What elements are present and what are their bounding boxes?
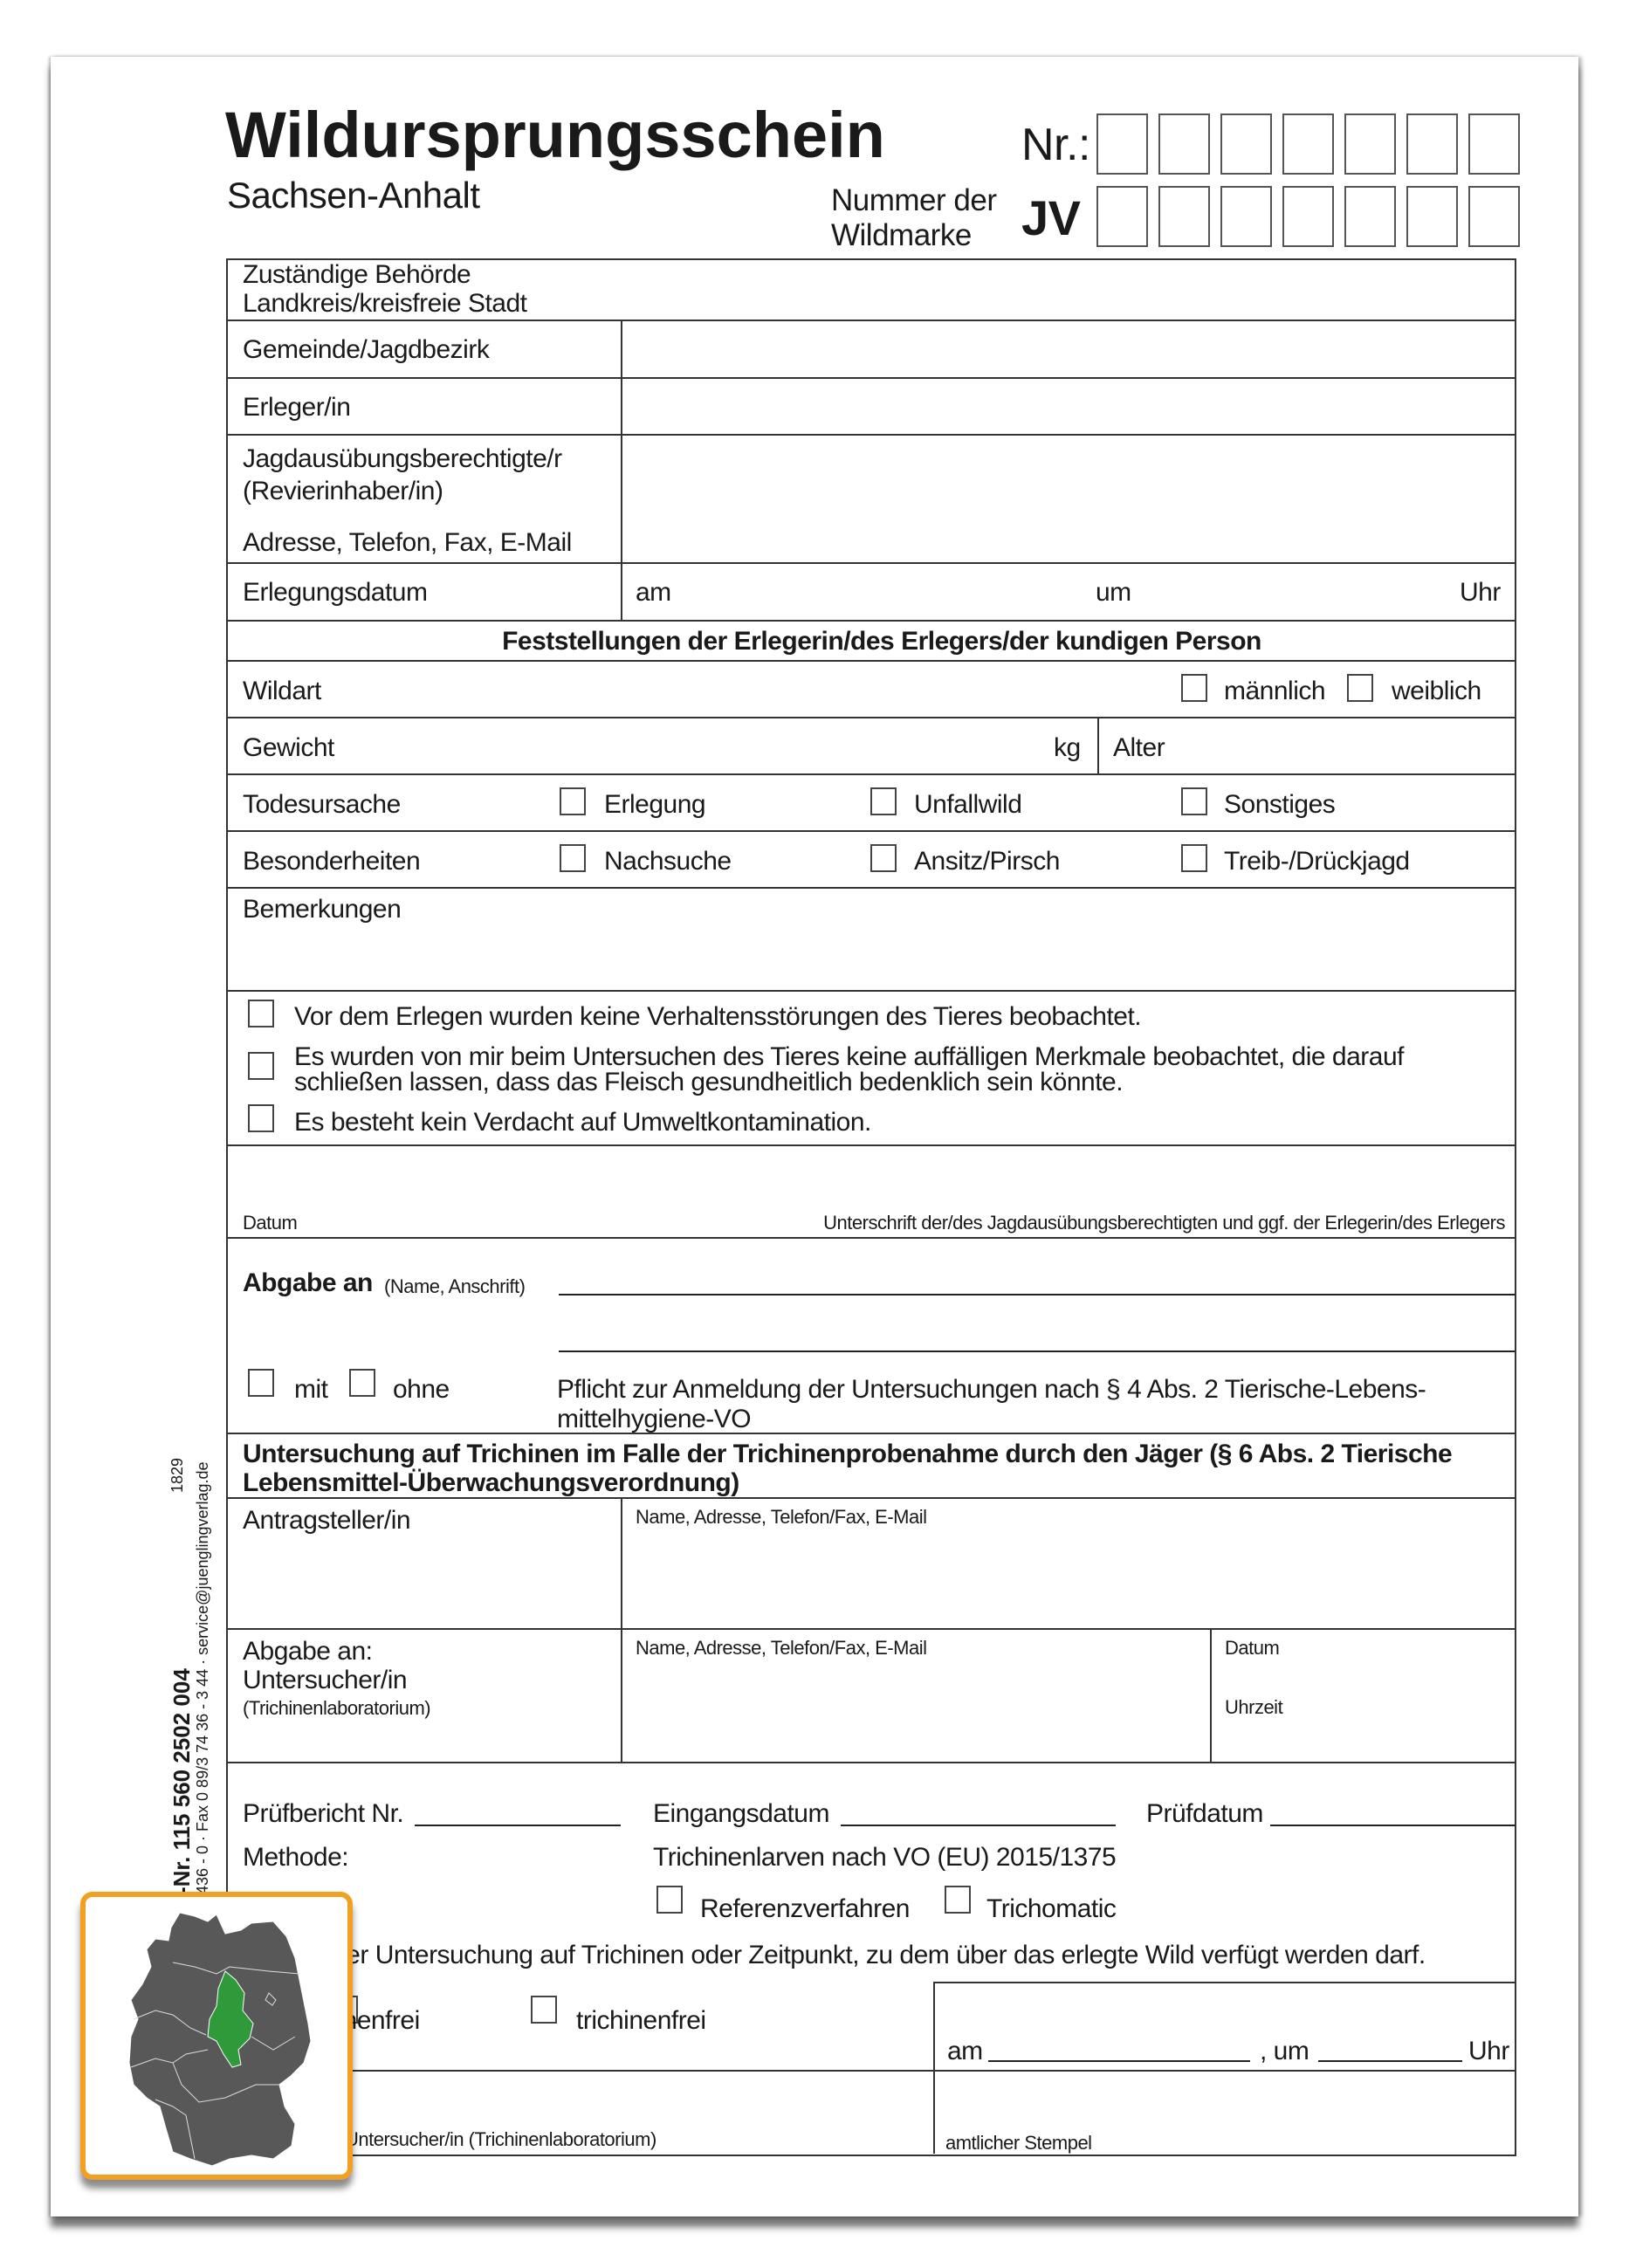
label-freigabe-um: , um <box>1260 2038 1309 2065</box>
divider <box>226 1628 1515 1630</box>
label-ohne: ohne <box>393 1377 450 1403</box>
untersucher-signature-field[interactable] <box>349 2073 930 2126</box>
behoerde-field[interactable] <box>873 262 1502 314</box>
label-mit: mit <box>294 1377 328 1403</box>
unfallwild-checkbox[interactable] <box>870 787 897 815</box>
untersucher-field[interactable] <box>624 1663 1205 1757</box>
label-trichinenfrei: trichinenfrei <box>576 2008 706 2034</box>
wildmarke-label-2: Wildmarke <box>831 220 972 251</box>
nr-digit-box[interactable] <box>1220 113 1272 175</box>
order-number: -Nr. 115 560 2502 004 <box>168 1668 196 1894</box>
divider <box>226 2070 1515 2072</box>
divider <box>226 620 1515 622</box>
jv-digit-box[interactable] <box>1220 186 1272 247</box>
label-erleger: Erleger/in <box>243 395 350 421</box>
label-antragsteller: Antragsteller/in <box>243 1508 410 1534</box>
alter-field[interactable] <box>1187 720 1510 771</box>
declaration-2-line-1: Es wurden von mir beim Untersuchen des T… <box>294 1044 1404 1070</box>
label-uhr: Uhr <box>1460 580 1501 606</box>
jv-digit-box[interactable] <box>1406 186 1458 247</box>
label-um: um <box>1096 580 1131 606</box>
label-antragsteller-hint: Name, Adresse, Telefon/Fax, E-Mail <box>636 1508 927 1527</box>
label-maennlich: männlich <box>1224 678 1325 704</box>
nr-label: Nr.: <box>1021 122 1090 168</box>
pflicht-line-1: Pflicht zur Anmeldung der Untersuchungen… <box>557 1377 1426 1403</box>
label-untersucher-hint: Name, Adresse, Telefon/Fax, E-Mail <box>636 1639 927 1658</box>
label-untersucher-datum: Datum <box>1225 1639 1279 1658</box>
divider <box>226 1237 1515 1239</box>
label-ansitz-pirsch: Ansitz/Pirsch <box>914 849 1060 875</box>
erlegung-checkbox[interactable] <box>560 787 586 815</box>
label-erlegungsdatum: Erlegungsdatum <box>243 580 427 606</box>
label-kg: kg <box>1054 735 1081 761</box>
form-title: Wildursprungsschein <box>225 103 885 168</box>
freigabe-datum-field[interactable] <box>988 2060 1250 2062</box>
label-behoerde-2: Landkreis/kreisfreie Stadt <box>243 291 527 317</box>
label-unterschrift: Unterschrift der/des Jagdausübungsberech… <box>760 1213 1505 1233</box>
divider <box>226 990 1515 992</box>
label-pruefdatum: Prüfdatum <box>1146 1801 1263 1827</box>
label-methode: Methode: <box>243 1845 348 1871</box>
label-abgabe-untersucher-2: Untersucher/in <box>243 1667 407 1694</box>
jagdausuebung-field[interactable] <box>624 436 1511 560</box>
maennlich-checkbox[interactable] <box>1181 674 1207 702</box>
column-divider <box>933 1982 935 2154</box>
label-referenzverfahren: Referenzverfahren <box>700 1896 910 1922</box>
ohne-checkbox[interactable] <box>349 1369 375 1397</box>
jv-digit-box[interactable] <box>1344 186 1396 247</box>
trichomatic-checkbox[interactable] <box>945 1886 971 1914</box>
gewicht-field[interactable] <box>367 720 1048 771</box>
label-untersucher-signatur: Untersucher/in (Trichinenlaboratorium) <box>345 2130 656 2149</box>
jv-label: JV <box>1021 194 1081 243</box>
divider <box>226 562 1515 564</box>
label-gewicht: Gewicht <box>243 735 334 761</box>
column-divider <box>1210 1628 1212 1762</box>
label-bemerkungen: Bemerkungen <box>243 897 401 923</box>
treib-drueckjagd-checkbox[interactable] <box>1181 844 1207 872</box>
label-wildart: Wildart <box>243 678 321 704</box>
label-datum: Datum <box>243 1213 297 1233</box>
label-eingangsdatum: Eingangsdatum <box>653 1801 829 1827</box>
untersucher-datum-field[interactable] <box>1213 1663 1510 1689</box>
freigabe-zeit-field[interactable] <box>1318 2060 1462 2062</box>
trichinen-heading-2: Lebensmittel-Überwachungsverordnung) <box>243 1470 739 1496</box>
label-besonderheiten: Besonderheiten <box>243 849 420 875</box>
nr-digit-box[interactable] <box>1158 113 1210 175</box>
label-jagd-2: (Revierinhaber/in) <box>243 478 443 505</box>
divider <box>226 1497 1515 1499</box>
label-erlegung: Erlegung <box>604 792 705 818</box>
nr-digit-box[interactable] <box>1406 113 1458 175</box>
publisher-contact: 436 - 0 · Fax 0 89/3 74 36 - 3 44 · serv… <box>194 1461 212 1894</box>
nachsuche-checkbox[interactable] <box>560 844 586 872</box>
label-untersucher-uhrzeit: Uhrzeit <box>1225 1698 1282 1717</box>
nr-digit-box[interactable] <box>1344 113 1396 175</box>
referenzverfahren-checkbox[interactable] <box>656 1886 683 1914</box>
label-freigabe-am: am <box>947 2038 983 2065</box>
divider <box>226 1762 1515 1763</box>
feststellungen-heading: Feststellungen der Erlegerin/des Erleger… <box>476 629 1288 655</box>
divider <box>226 887 1515 889</box>
sonstiges-checkbox[interactable] <box>1181 787 1207 815</box>
pruefbericht-field[interactable] <box>415 1825 621 1826</box>
erlegungsdatum-date-field[interactable] <box>677 567 1087 615</box>
weiblich-checkbox[interactable] <box>1347 674 1373 702</box>
wildmarke-label-1: Nummer der <box>831 185 996 216</box>
wildart-field[interactable] <box>367 663 1170 714</box>
germany-map-icon <box>86 1897 347 2175</box>
label-freigabe-uhr: Uhr <box>1468 2038 1509 2065</box>
form-subtitle: Sachsen-Anhalt <box>227 177 480 214</box>
label-alter: Alter <box>1113 735 1165 761</box>
divider <box>226 717 1515 718</box>
ansitz-pirsch-checkbox[interactable] <box>870 844 897 872</box>
label-unfallwild: Unfallwild <box>914 792 1021 818</box>
declaration-3: Es besteht kein Verdacht auf Umweltkonta… <box>294 1110 871 1136</box>
jv-digit-box[interactable] <box>1158 186 1210 247</box>
label-todesursache: Todesursache <box>243 792 401 818</box>
germany-map-inset <box>80 1892 353 2180</box>
divider <box>226 773 1515 775</box>
untersucher-uhrzeit-field[interactable] <box>1213 1724 1510 1757</box>
label-abgabe: Abgabe an <box>243 1270 373 1296</box>
label-abgabe-sub: (Name, Anschrift) <box>384 1277 525 1296</box>
declaration-2-checkbox[interactable] <box>248 1052 274 1080</box>
nr-digit-box[interactable] <box>1468 113 1520 175</box>
declaration-1: Vor dem Erlegen wurden keine Verhaltenss… <box>294 1004 1141 1030</box>
bemerkungen-field[interactable] <box>229 927 1512 988</box>
trichinenfrei-checkbox[interactable] <box>531 1996 557 2024</box>
pruefdatum-field[interactable] <box>1270 1825 1515 1826</box>
label-stempel: amtlicher Stempel <box>945 2134 1092 2153</box>
label-behoerde-1: Zuständige Behörde <box>243 262 471 288</box>
erlegungsdatum-time-field[interactable] <box>1139 567 1454 615</box>
label-jagd-1: Jagdausübungsberechtigte/r <box>243 446 562 472</box>
nr-digit-box[interactable] <box>1096 113 1148 175</box>
trichinen-heading-1: Untersuchung auf Trichinen im Falle der … <box>243 1441 1452 1467</box>
label-gemeinde: Gemeinde/Jagdbezirk <box>243 337 489 363</box>
label-jagd-3: Adresse, Telefon, Fax, E-Mail <box>243 530 572 556</box>
signature-field[interactable] <box>229 1146 1512 1207</box>
mit-checkbox[interactable] <box>248 1369 274 1397</box>
label-pruefbericht: Prüfbericht Nr. <box>243 1801 403 1827</box>
label-weiblich: weiblich <box>1392 678 1481 704</box>
jv-digit-box[interactable] <box>1282 186 1334 247</box>
label-am: am <box>636 580 671 606</box>
column-divider <box>1097 717 1099 773</box>
ergebnis-text: der Untersuchung auf Trichinen oder Zeit… <box>332 1942 1426 1969</box>
declaration-2-line-2: schließen lassen, dass das Fleisch gesun… <box>294 1069 1123 1096</box>
column-divider <box>621 320 622 620</box>
label-sonstiges: Sonstiges <box>1224 792 1335 818</box>
label-abgabe-untersucher-1: Abgabe an: <box>243 1639 372 1665</box>
eingangsdatum-field[interactable] <box>841 1825 1116 1826</box>
erleger-field[interactable] <box>624 379 1511 433</box>
methode-value: Trichinenlarven nach VO (EU) 2015/1375 <box>653 1845 1116 1871</box>
jv-digit-box[interactable] <box>1468 186 1520 247</box>
form-code: 1829 <box>168 1458 187 1493</box>
jv-digit-box[interactable] <box>1096 186 1148 247</box>
label-trichomatic: Trichomatic <box>986 1896 1116 1922</box>
divider <box>226 1433 1515 1434</box>
abgabe-address-field[interactable] <box>559 1314 1510 1349</box>
antragsteller-field[interactable] <box>624 1532 1511 1625</box>
label-abgabe-untersucher-3: (Trichinenlaboratorium) <box>243 1699 430 1718</box>
abgabe-line-1 <box>559 1294 1515 1296</box>
declaration-1-checkbox[interactable] <box>248 1000 274 1027</box>
abgabe-name-field[interactable] <box>559 1257 1510 1292</box>
declaration-3-checkbox[interactable] <box>248 1104 274 1132</box>
divider <box>226 660 1515 662</box>
divider <box>933 1982 1515 1983</box>
stempel-field[interactable] <box>937 2073 1513 2126</box>
abgabe-line-2 <box>559 1350 1515 1352</box>
nr-digit-box[interactable] <box>1282 113 1334 175</box>
label-nachsuche: Nachsuche <box>604 849 732 875</box>
pflicht-line-2: mittelhygiene-VO <box>557 1406 751 1433</box>
gemeinde-field[interactable] <box>624 321 1511 375</box>
divider <box>226 830 1515 832</box>
label-treib-drueckjagd: Treib-/Drückjagd <box>1224 849 1410 875</box>
